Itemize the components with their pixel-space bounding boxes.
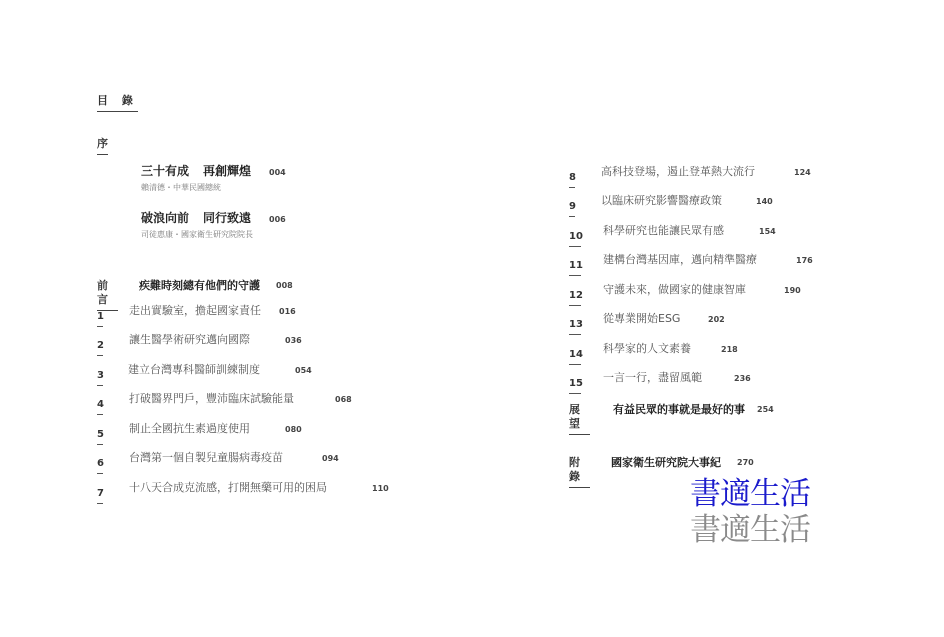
page-number: 068 — [335, 395, 352, 404]
chapter-title: 科學家的人文素養 — [603, 342, 691, 356]
chapter-number: 13 — [569, 319, 583, 335]
preface-section-label: 序 — [97, 137, 108, 155]
chapter-number: 1 — [97, 311, 104, 327]
chapter-number: 11 — [569, 260, 583, 276]
preface-title-b: 再創輝煌 — [203, 164, 251, 178]
page-number: 190 — [784, 286, 801, 295]
chapter-entry-1[interactable]: 1 走出實驗室，擔起國家責任 016 — [97, 304, 104, 327]
chapter-title: 打破醫界門戶，豐沛臨床試驗能量 — [129, 392, 294, 406]
chapter-title: 科學研究也能讓民眾有感 — [603, 224, 724, 238]
page-number: 140 — [756, 197, 773, 206]
chapter-number: 12 — [569, 290, 583, 306]
chapter-title: 建構台灣基因庫，邁向精準醫療 — [603, 253, 757, 267]
chapter-entry-10[interactable]: 10 科學研究也能讓民眾有感 154 — [569, 224, 583, 247]
chapter-entry-4[interactable]: 4 打破醫界門戶，豐沛臨床試驗能量 068 — [97, 392, 104, 415]
chapter-number: 7 — [97, 488, 104, 504]
page-number: 270 — [737, 456, 754, 470]
chapter-title: 以臨床研究影響醫療政策 — [601, 194, 722, 208]
chapter-number: 8 — [569, 172, 576, 188]
page-number: 218 — [721, 345, 738, 354]
page-number: 094 — [322, 454, 339, 463]
chapter-entry-13[interactable]: 13 從專業開始ESG 202 — [569, 312, 583, 335]
page-number: 236 — [734, 374, 751, 383]
page-number: 006 — [269, 215, 286, 224]
chapter-number: 6 — [97, 458, 104, 474]
preface-author: 司徒惠康・國家衛生研究院院長 — [141, 230, 286, 240]
chapter-entry-9[interactable]: 9 以臨床研究影響醫療政策 140 — [569, 194, 576, 217]
preface-author: 賴清德・中華民國總統 — [141, 183, 286, 193]
chapter-number: 2 — [97, 340, 104, 356]
page-number: 008 — [276, 279, 293, 293]
page-number: 254 — [757, 403, 774, 417]
chapter-number: 3 — [97, 370, 104, 386]
page-number: 004 — [269, 168, 286, 177]
chapter-entry-12[interactable]: 12 守護未來，做國家的健康智庫 190 — [569, 283, 583, 306]
chapter-number: 5 — [97, 429, 104, 445]
chapter-entry-6[interactable]: 6 台灣第一個自製兒童腸病毒疫苗 094 — [97, 451, 104, 474]
preface-title-a: 三十有成 — [141, 164, 189, 178]
chapter-title: 從專業開始ESG — [603, 312, 680, 326]
watermark-primary: 書適生活 — [690, 478, 810, 510]
toc-heading: 目 錄 — [97, 94, 138, 112]
chapter-entry-7[interactable]: 7 十八天合成克流感，打開無藥可用的困局 110 — [97, 481, 104, 504]
chapter-title: 高科技登場，遏止登革熱大流行 — [601, 165, 755, 179]
chapter-title: 走出實驗室，擔起國家責任 — [129, 304, 261, 318]
page-number: 054 — [295, 366, 312, 375]
chapter-title: 制止全國抗生素過度使用 — [129, 422, 250, 436]
preface-entry-2[interactable]: 破浪向前同行致遠006 司徒惠康・國家衛生研究院院長 — [141, 211, 286, 240]
preface-entry-1[interactable]: 三十有成再創輝煌004 賴清德・中華民國總統 — [141, 164, 286, 193]
page-number: 202 — [708, 315, 725, 324]
outlook-label: 展望 — [569, 403, 590, 435]
preface-title-a: 破浪向前 — [141, 211, 189, 225]
chapter-title: 台灣第一個自製兒童腸病毒疫苗 — [129, 451, 283, 465]
chapter-number: 15 — [569, 378, 583, 394]
chapter-entry-3[interactable]: 3 建立台灣專科醫師訓練制度 054 — [97, 363, 104, 386]
preface-title-b: 同行致遠 — [203, 211, 251, 225]
outlook-title: 有益民眾的事就是最好的事 — [613, 403, 745, 417]
appendix-label: 附錄 — [569, 456, 590, 488]
chapter-entry-14[interactable]: 14 科學家的人文素養 218 — [569, 342, 583, 365]
chapter-number: 4 — [97, 399, 104, 415]
chapter-number: 10 — [569, 231, 583, 247]
page-number: 080 — [285, 425, 302, 434]
page-number: 016 — [279, 307, 296, 316]
page-number: 176 — [796, 256, 813, 265]
outlook-entry[interactable]: 展望 有益民眾的事就是最好的事 254 — [569, 403, 774, 435]
appendix-title: 國家衛生研究院大事紀 — [611, 456, 721, 470]
chapter-number: 14 — [569, 349, 583, 365]
chapter-entry-15[interactable]: 15 一言一行，盡留風範 236 — [569, 371, 583, 394]
chapter-title: 建立台灣專科醫師訓練制度 — [128, 363, 260, 377]
watermark-secondary: 書適生活 — [690, 514, 810, 546]
foreword-title: 疾難時刻總有他們的守護 — [139, 279, 260, 293]
page-number: 110 — [372, 484, 389, 493]
page-number: 124 — [794, 168, 811, 177]
chapter-entry-2[interactable]: 2 讓生醫學術研究邁向國際 036 — [97, 333, 104, 356]
chapter-title: 守護未來，做國家的健康智庫 — [603, 283, 746, 297]
chapter-number: 9 — [569, 201, 576, 217]
chapter-entry-11[interactable]: 11 建構台灣基因庫，邁向精準醫療 176 — [569, 253, 583, 276]
chapter-entry-8[interactable]: 8 高科技登場，遏止登革熱大流行 124 — [569, 165, 576, 188]
page-number: 154 — [759, 227, 776, 236]
chapter-title: 讓生醫學術研究邁向國際 — [129, 333, 250, 347]
chapter-title: 十八天合成克流感，打開無藥可用的困局 — [129, 481, 327, 495]
chapter-entry-5[interactable]: 5 制止全國抗生素過度使用 080 — [97, 422, 104, 445]
page-number: 036 — [285, 336, 302, 345]
chapter-title: 一言一行，盡留風範 — [603, 371, 702, 385]
